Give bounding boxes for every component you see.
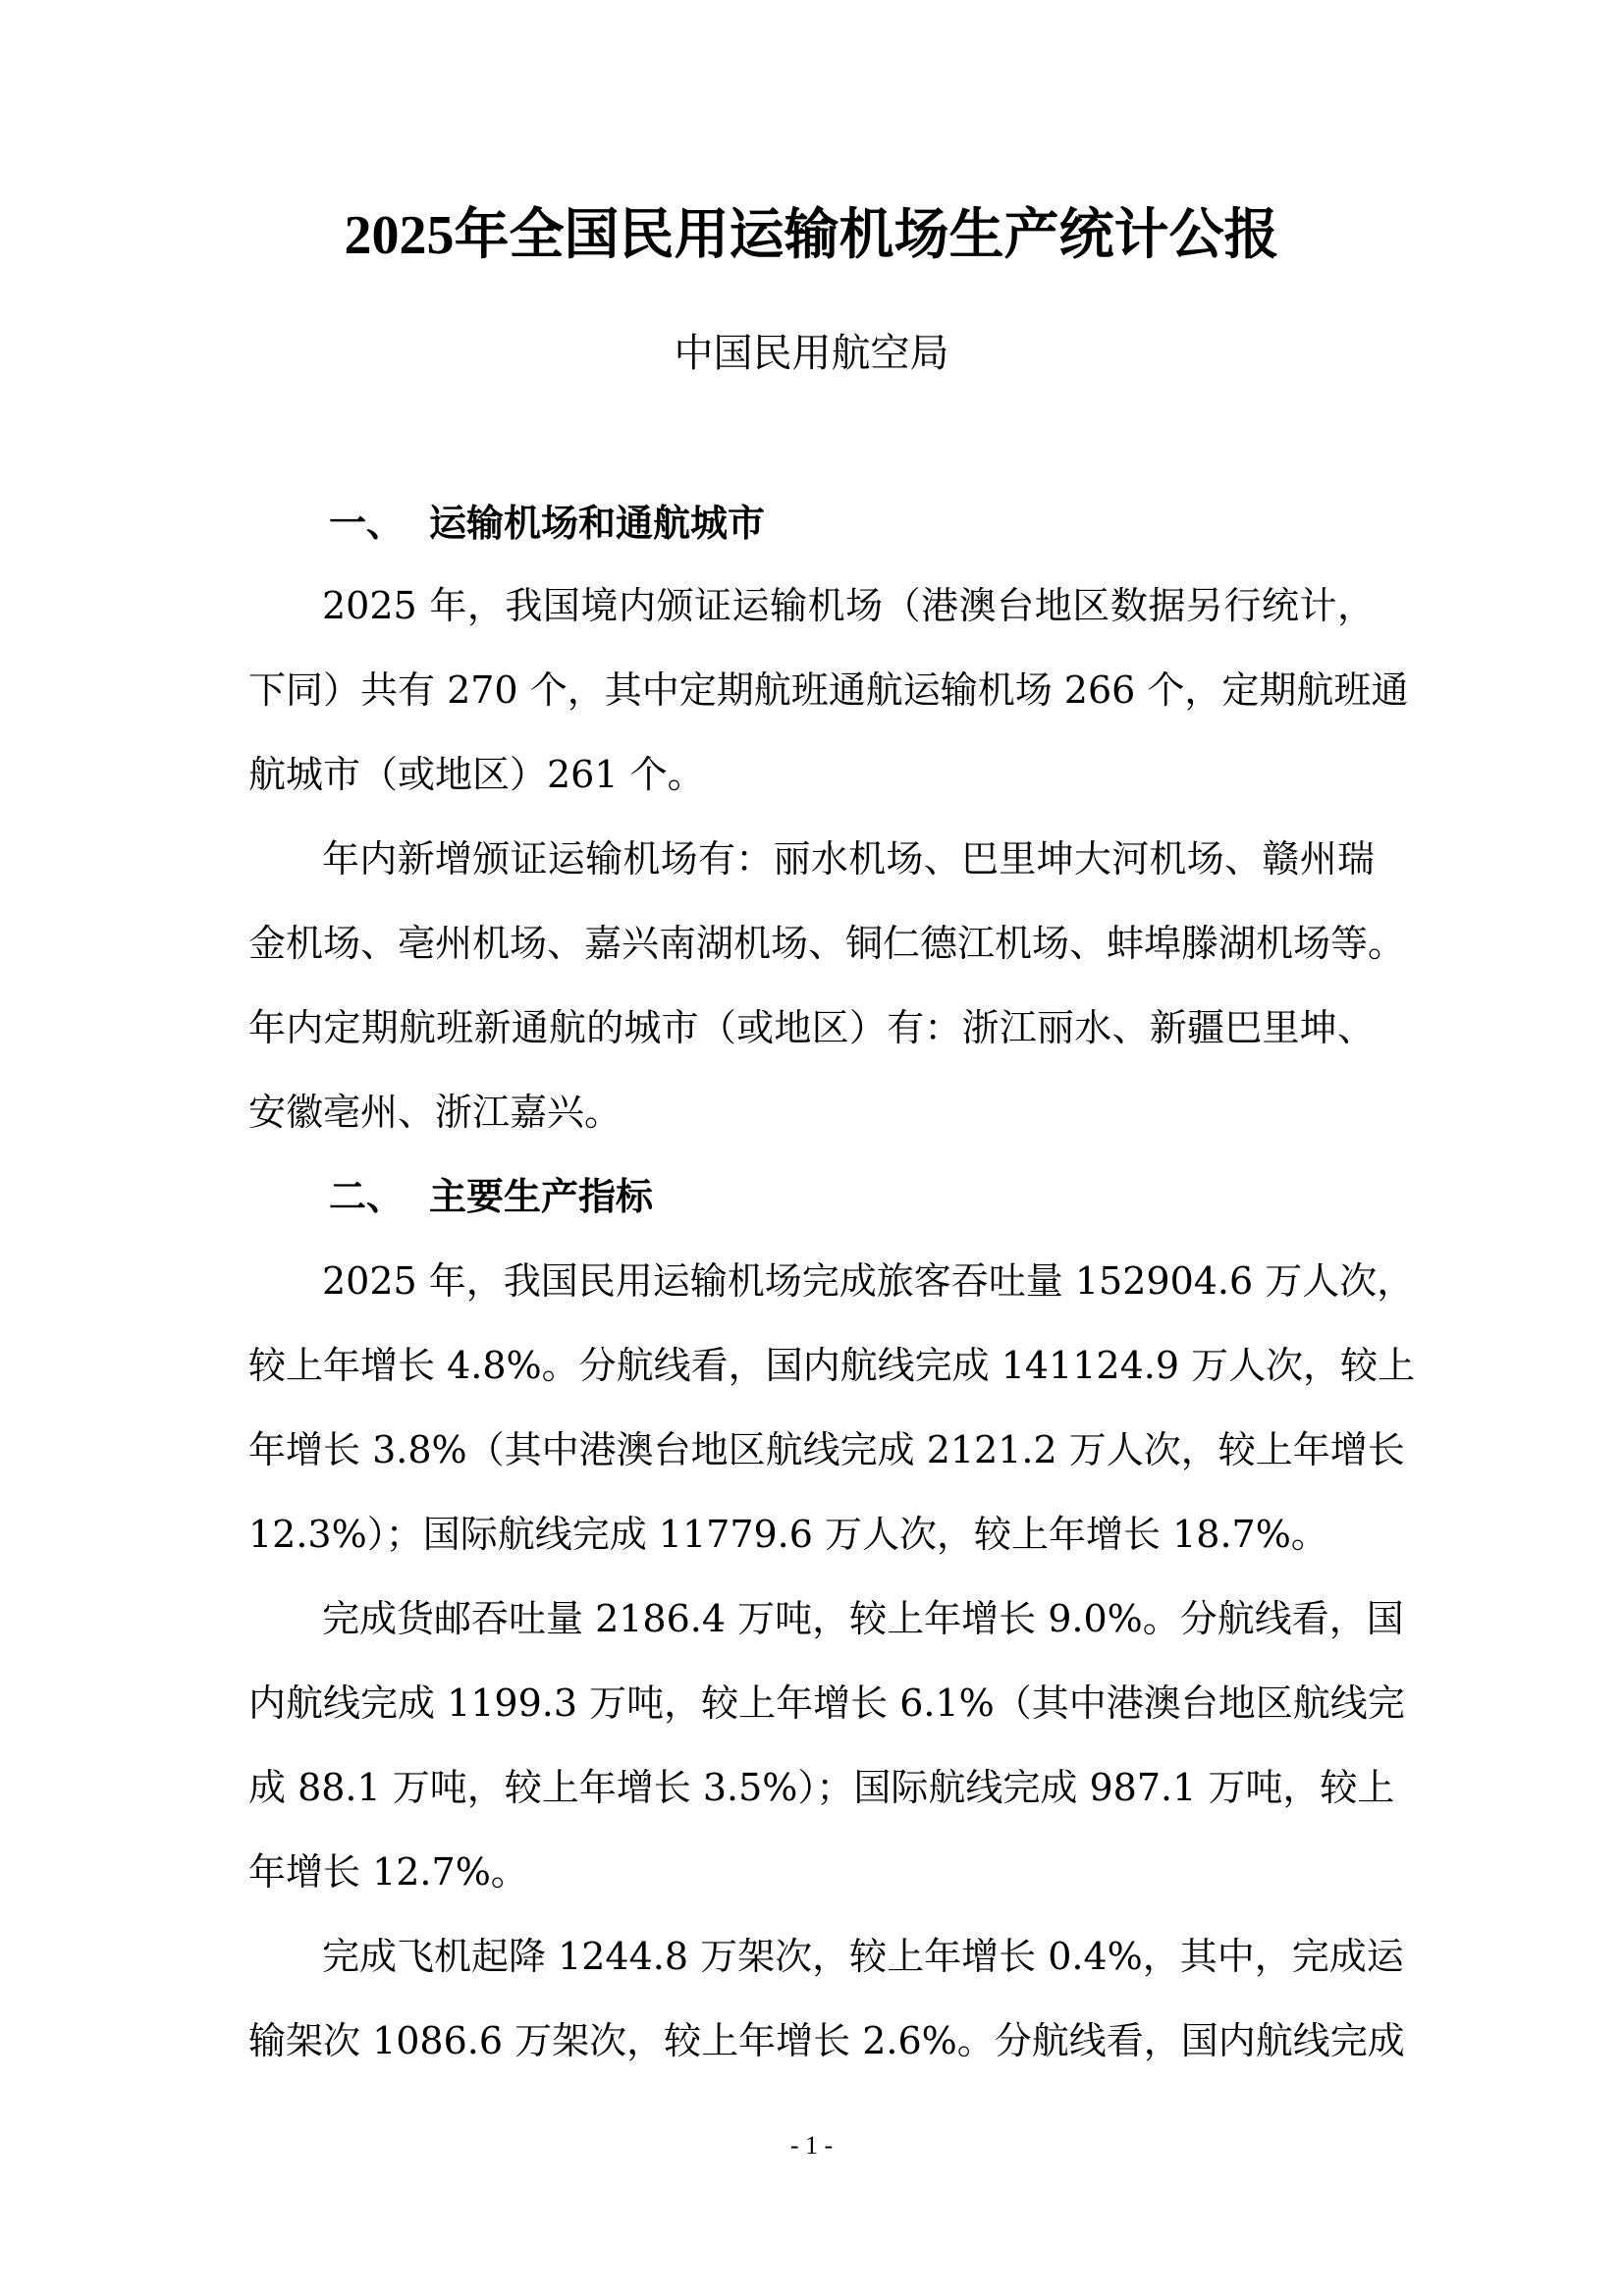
- paragraph-line: 完成货邮吞吐量 2186.4 万吨，较上年增长 9.0%。分航线看，国: [322, 1594, 1375, 1643]
- paragraph-line: 完成飞机起降 1244.8 万架次，较上年增长 0.4%，其中，完成运: [322, 1932, 1375, 1981]
- document-title: 2025年全国民用运输机场生产统计公报: [0, 201, 1623, 270]
- paragraph-line: 年增长 3.8%（其中港澳台地区航线完成 2121.2 万人次，较上年增长: [248, 1425, 1375, 1474]
- paragraph-line: 2025 年，我国民用运输机场完成旅客吞吐量 152904.6 万人次，: [322, 1256, 1375, 1306]
- paragraph-line: 成 88.1 万吨，较上年增长 3.5%）；国际航线完成 987.1 万吨，较上: [248, 1763, 1375, 1812]
- section-title: 主要生产指标: [429, 1175, 653, 1218]
- section-number: 一、: [329, 499, 429, 548]
- paragraph-line: 12.3%）；国际航线完成 11779.6 万人次，较上年增长 18.7%。: [248, 1510, 1375, 1559]
- paragraph-line: 2025 年，我国境内颁证运输机场（港澳台地区数据另行统计，: [322, 581, 1375, 630]
- paragraph-line: 输架次 1086.6 万架次，较上年增长 2.6%。分航线看，国内航线完成: [248, 2016, 1375, 2065]
- paragraph-line: 内航线完成 1199.3 万吨，较上年增长 6.1%（其中港澳台地区航线完: [248, 1679, 1375, 1728]
- paragraph-line: 年内定期航班新通航的城市（或地区）有：浙江丽水、新疆巴里坤、: [248, 1003, 1375, 1052]
- section-heading-1: 一、运输机场和通航城市: [329, 499, 765, 548]
- paragraph-line: 下同）共有 270 个，其中定期航班通航运输机场 266 个，定期航班通: [248, 666, 1375, 715]
- section-title: 运输机场和通航城市: [429, 502, 765, 545]
- document-page: 2025年全国民用运输机场生产统计公报 中国民用航空局 一、运输机场和通航城市 …: [0, 0, 1623, 2296]
- paragraph-line: 较上年增长 4.8%。分航线看，国内航线完成 141124.9 万人次，较上: [248, 1341, 1375, 1390]
- section-number: 二、: [329, 1172, 429, 1221]
- paragraph-line: 安徽亳州、浙江嘉兴。: [248, 1088, 1375, 1137]
- paragraph-line: 航城市（或地区）261 个。: [248, 750, 1375, 799]
- section-heading-2: 二、主要生产指标: [329, 1172, 653, 1221]
- paragraph-line: 年内新增颁证运输机场有：丽水机场、巴里坤大河机场、赣州瑞: [322, 834, 1375, 883]
- page-number: - 1 -: [0, 2126, 1623, 2165]
- paragraph-line: 年增长 12.7%。: [248, 1847, 1375, 1896]
- document-issuer: 中国民用航空局: [0, 329, 1623, 378]
- paragraph-line: 金机场、亳州机场、嘉兴南湖机场、铜仁德江机场、蚌埠滕湖机场等。: [248, 919, 1375, 968]
